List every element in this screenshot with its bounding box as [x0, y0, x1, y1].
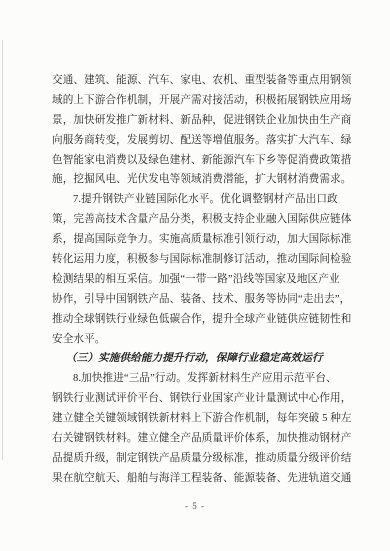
text-line: 转化运用力度，积极参与国际标准制修订活动，推动国际间检验: [52, 250, 352, 270]
scan-edge-artifact: [2, 40, 3, 460]
document-page: 交通、建筑、能源、汽车、家电、农机、重型装备等重点用钢领 域的上下游合作机制，开…: [0, 0, 390, 551]
text-line: 施，挖掘风电、光伏发电等领域消费潜能，扩大钢材消费需求。: [52, 170, 352, 190]
text-line: 推动全球钢铁行业绿色低碳合作，提升全球产业链供应链韧性和: [52, 310, 352, 330]
text-line: 检测结果的相互采信。加强“一带一路”沿线等国家及地区产业: [52, 270, 352, 290]
text-line: 景，加快研发推广新材料、新品种，促进钢铁企业加快由生产商: [52, 111, 352, 131]
text-line: 钢铁行业测试评价平台、钢铁行业国家产业计量测试中心作用，: [52, 389, 352, 409]
text-line: 交通、建筑、能源、汽车、家电、农机、重型装备等重点用钢领: [52, 71, 352, 91]
text-line: 果在航空航天、船舶与海洋工程装备、能源装备、先进轨道交通: [52, 469, 352, 489]
section-heading: （三）实施供给能力提升行动，保障行业稳定高效运行: [52, 349, 352, 369]
document-text: 交通、建筑、能源、汽车、家电、农机、重型装备等重点用钢领 域的上下游合作机制，开…: [52, 71, 352, 489]
text-line: 建立健全关键领域钢铁新材料上下游合作机制，每年突破 5 种左: [52, 409, 352, 429]
page-number: - 5 -: [0, 501, 390, 511]
text-line: 策，完善高技术含量产品分类，积极支持企业融入国际供应链体: [52, 210, 352, 230]
text-line: 向服务商转变，发展剪切、配送等增值服务。落实扩大汽车、绿: [52, 131, 352, 151]
text-line: 协作，引导中国钢铁产品、装备、技术、服务等协同“走出去”，: [52, 290, 352, 310]
text-line: 系，提高国际竞争力。实施高质量标准引领行动，加大国际标准: [52, 230, 352, 250]
text-line: 右关键钢铁材料。建立健全产品质量评价体系，加快推动钢材产: [52, 429, 352, 449]
text-line: 色智能家电消费以及绿色建材、新能源汽车下乡等促消费政策措: [52, 151, 352, 171]
text-line: 域的上下游合作机制，开展产需对接活动，积极拓展钢铁应用场: [52, 91, 352, 111]
text-line: 安全水平。: [52, 330, 352, 350]
text-line: 品提质升级，制定钢铁产品质量分级标准，推动质量分级评价结: [52, 449, 352, 469]
paragraph-start-line: 8.加快推进“三品”行动。发挥新材料生产应用示范平台、: [52, 369, 352, 389]
paragraph-start-line: 7.提升钢铁产业链国际化水平。优化调整钢材产品出口政: [52, 190, 352, 210]
